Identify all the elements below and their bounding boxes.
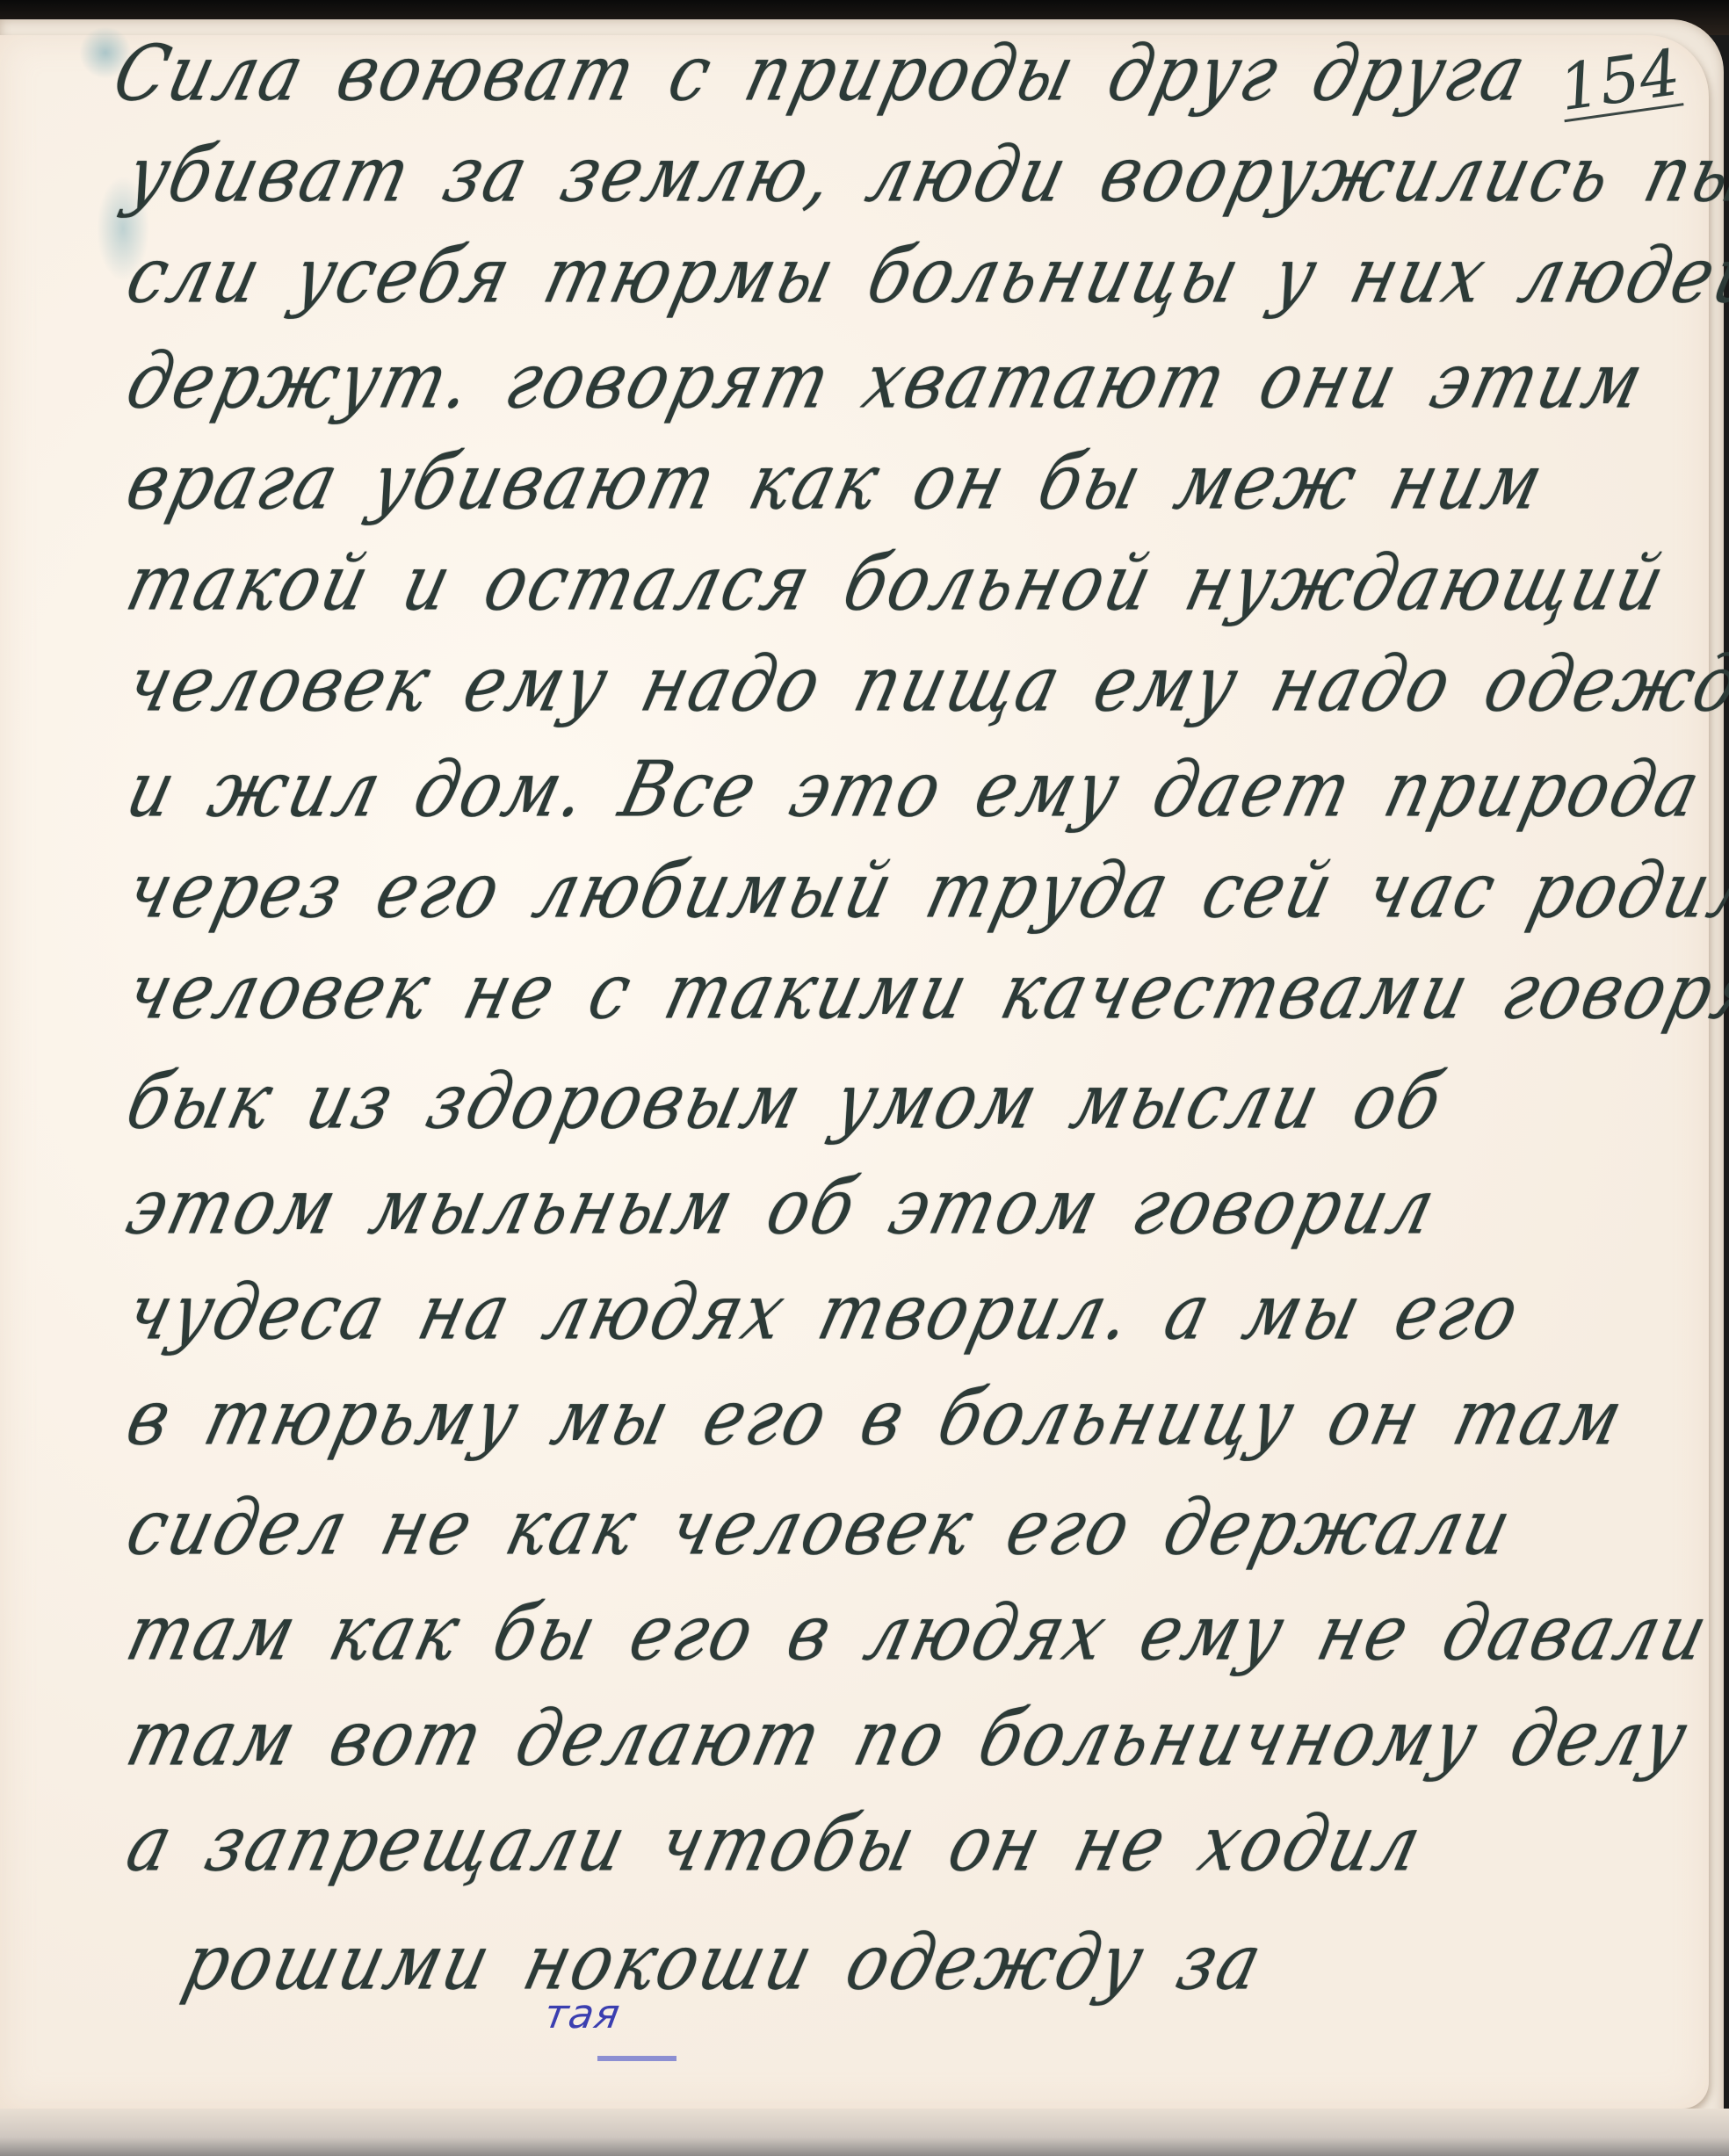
text-line: сли усебя тюрмы больницы у них людей xyxy=(119,230,1705,320)
text-line: сидел не как человек его держали xyxy=(119,1482,1705,1572)
scan-bottom-edge xyxy=(0,2109,1729,2156)
text-line: такой и остался больной нуждающий xyxy=(119,538,1705,627)
text-line: рошими нокоши одежду за xyxy=(176,1917,1729,2007)
text-line: чудеса на людях творил. а мы его xyxy=(119,1267,1705,1357)
text-line: там вот делают по больничному делу xyxy=(119,1693,1705,1783)
handwritten-text-block: Сила воюват с природы друг друга убиват … xyxy=(0,0,1729,2156)
text-line: Сила воюват с природы друг друга xyxy=(105,28,1692,118)
text-line: этом мыльным об этом говорил xyxy=(119,1161,1705,1251)
text-line: а запрещали чтобы он не ходил xyxy=(119,1798,1705,1888)
text-line: держут. говорят хватают они этим xyxy=(119,336,1705,425)
text-line: бык из здоровым умом мысли об xyxy=(119,1056,1705,1146)
text-line: врага убивают как он бы меж ним xyxy=(119,437,1705,526)
text-line: человек ему надо пища ему надо одежда xyxy=(119,639,1705,728)
blue-ink-strikethrough xyxy=(597,2056,676,2061)
text-line: и жил дом. Все это ему дает природа xyxy=(119,744,1705,834)
text-line: человек не с такими качествами говорят xyxy=(119,946,1705,1036)
text-line: там как бы его в людях ему не давали xyxy=(119,1588,1705,1677)
blue-ink-annotation: тая xyxy=(540,1990,624,2037)
text-line: через его любимый труда сей час родился xyxy=(119,845,1705,935)
text-line: убиват за землю, люди вооружились пытро- xyxy=(119,129,1705,219)
text-line: в тюрьму мы его в больницу он там xyxy=(119,1372,1705,1462)
